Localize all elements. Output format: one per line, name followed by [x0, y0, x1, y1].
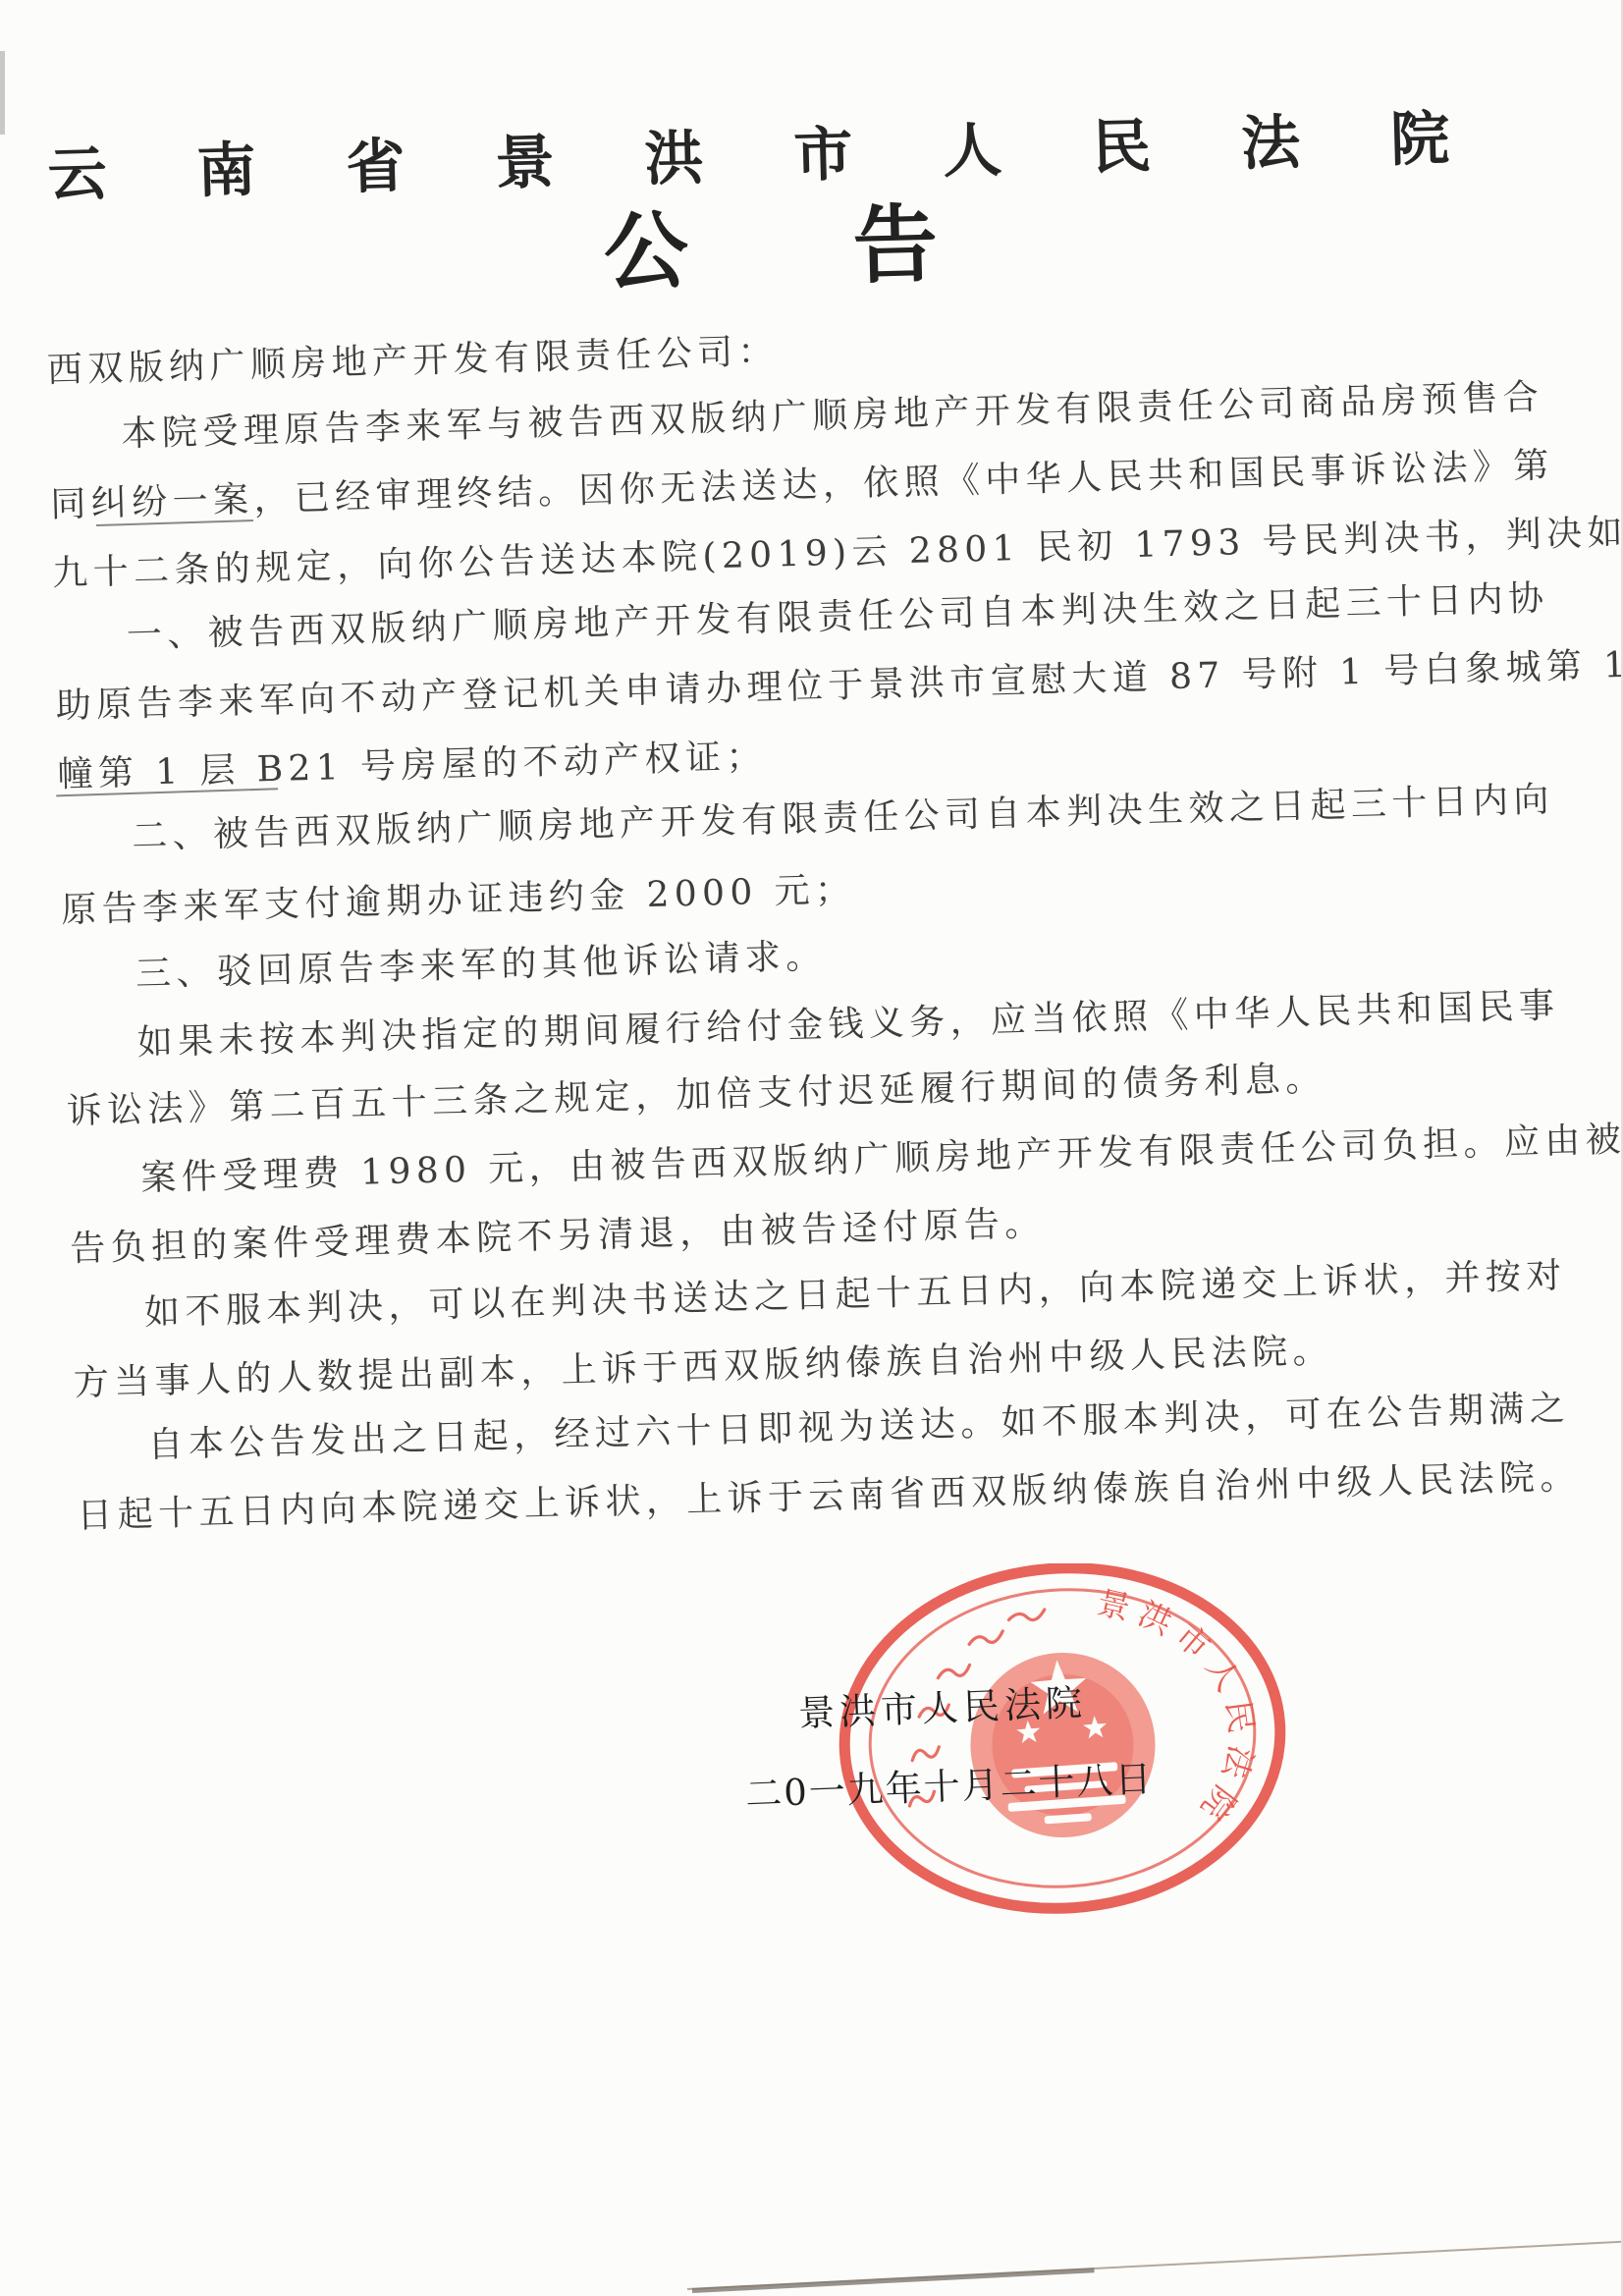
recipient-line: 西双版纳广顺房地产开发有限责任公司： [46, 331, 779, 392]
body-line: 助原告李来军向不动产登记机关申请办理位于景洪市宣慰大道 87 号附 1 号白象城… [55, 645, 1623, 728]
scanned-document-page: 云南省景洪市人民法院 公告 西双版纳广顺房地产开发有限责任公司： 本院受理原告李… [0, 0, 1623, 2296]
body-line: 诉讼法》第二百五十三条之规定，加倍支付迟延履行期间的债务利息。 [66, 1059, 1326, 1133]
scan-corner-smudge [0, 51, 5, 135]
body-line: 二、被告西双版纳广顺房地产开发有限责任公司自本判决生效之日起三十日内向 [132, 780, 1555, 858]
body-line: 如不服本判决，可以在判决书送达之日起十五日内，向本院递交上诉状，并按对 [144, 1256, 1568, 1335]
court-seal: 景洪市人民法院 [837, 1563, 1288, 1917]
body-line: 方当事人的人数提出副本，上诉于西双版纳傣族自治州中级人民法院。 [73, 1331, 1333, 1405]
body-line: 案件受理费 1980 元，由被告西双版纳广顺房地产开发有限责任公司负担。应由被 [140, 1120, 1623, 1200]
body-line: 告负担的案件受理费本院不另清退，由被告迳付原告。 [70, 1204, 1046, 1271]
document-title: 公告 [603, 198, 1104, 296]
body-line: 自本公告发出之日起，经过六十日即视为送达。如不服本判决，可在公告期满之 [147, 1389, 1571, 1467]
signature-court-name: 景洪市人民法院 [797, 1672, 1088, 1736]
body-line: 同纠纷一案，已经审理终结。因你无法送达，依照《中华人民共和国民事诉讼法》第 [50, 446, 1554, 527]
body-line: 如果未按本判决指定的期间履行给付金钱义务，应当依照《中华人民共和国民事 [136, 986, 1560, 1065]
document-content: 云南省景洪市人民法院 公告 西双版纳广顺房地产开发有限责任公司： 本院受理原告李… [0, 0, 1623, 2295]
body-line: 日起十五日内向本院递交上诉状，上诉于云南省西双版纳傣族自治州中级人民法院。 [77, 1456, 1581, 1538]
body-line: 原告李来军支付逾期办证违约金 2000 元； [61, 870, 856, 933]
body-line: 幢第 1 层 B21 号房屋的不动产权证； [57, 737, 767, 796]
body-line: 一、被告西双版纳广顺房地产开发有限责任公司自本判决生效之日起三十日内协 [126, 578, 1549, 657]
court-header-title: 云南省景洪市人民法院 [47, 107, 1541, 205]
body-line: 三、驳回原告李来军的其他诉讼请求。 [135, 936, 827, 996]
body-line: 本院受理原告李来军与被告西双版纳广顺房地产开发有限责任公司商品房预售合 [121, 377, 1544, 456]
